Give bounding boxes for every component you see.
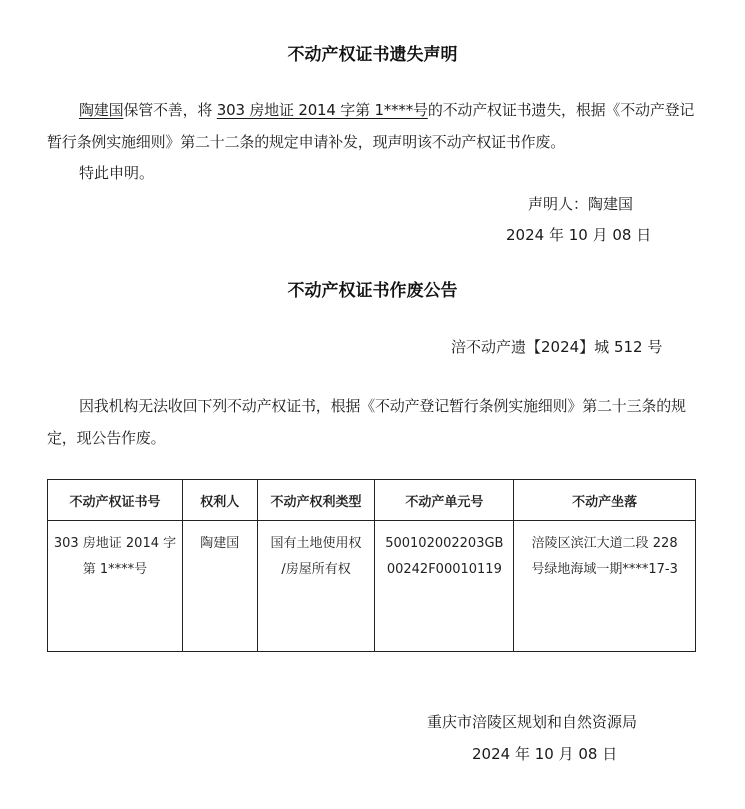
certificate-number: 303 房地证 2014 字第 1****号 [217, 101, 428, 119]
cell-location: 涪陵区滨江大道二段 228 号绿地海域一期****17-3 [514, 521, 696, 652]
table-header-row: 不动产权证书号 权利人 不动产权利类型 不动产单元号 不动产坐落 [48, 480, 696, 521]
void-notice-doc-number: 涪不动产遗【2024】城 512 号 [451, 336, 662, 357]
header-owner: 权利人 [182, 480, 257, 521]
declaration-closing: 特此申明。 [79, 162, 154, 183]
void-notice-body: 因我机构无法收回下列不动产权证书，根据《不动产登记暂行条例实施细则》第二十三条的… [47, 390, 697, 454]
cell-owner: 陶建国 [182, 521, 257, 652]
loss-statement-title: 不动产权证书遗失声明 [0, 40, 745, 65]
declarant-label: 声明人：陶建国 [528, 193, 633, 214]
header-right-type: 不动产权利类型 [257, 480, 375, 521]
void-certificate-table: 不动产权证书号 权利人 不动产权利类型 不动产单元号 不动产坐落 303 房地证… [47, 479, 696, 652]
paragraph-text-a: 保管不善，将 [123, 101, 216, 119]
owner-name: 陶建国 [79, 101, 123, 119]
cell-right-type: 国有土地使用权 /房屋所有权 [257, 521, 375, 652]
table-row: 303 房地证 2014 字 第 1****号 陶建国 国有土地使用权 /房屋所… [48, 521, 696, 652]
header-location: 不动产坐落 [514, 480, 696, 521]
header-unit-no: 不动产单元号 [375, 480, 514, 521]
void-notice-title: 不动产权证书作废公告 [0, 276, 745, 301]
cell-cert-no: 303 房地证 2014 字 第 1****号 [48, 521, 183, 652]
declaration-date: 2024 年 10 月 08 日 [506, 224, 651, 245]
issuer-name: 重庆市涪陵区规划和自然资源局 [427, 711, 637, 732]
cell-unit-no: 500102002203GB 00242F00010119 [375, 521, 514, 652]
header-cert-no: 不动产权证书号 [48, 480, 183, 521]
loss-statement-paragraph: 陶建国保管不善，将 303 房地证 2014 字第 1****号的不动产权证书遗… [47, 94, 697, 158]
notice-date: 2024 年 10 月 08 日 [472, 743, 617, 764]
